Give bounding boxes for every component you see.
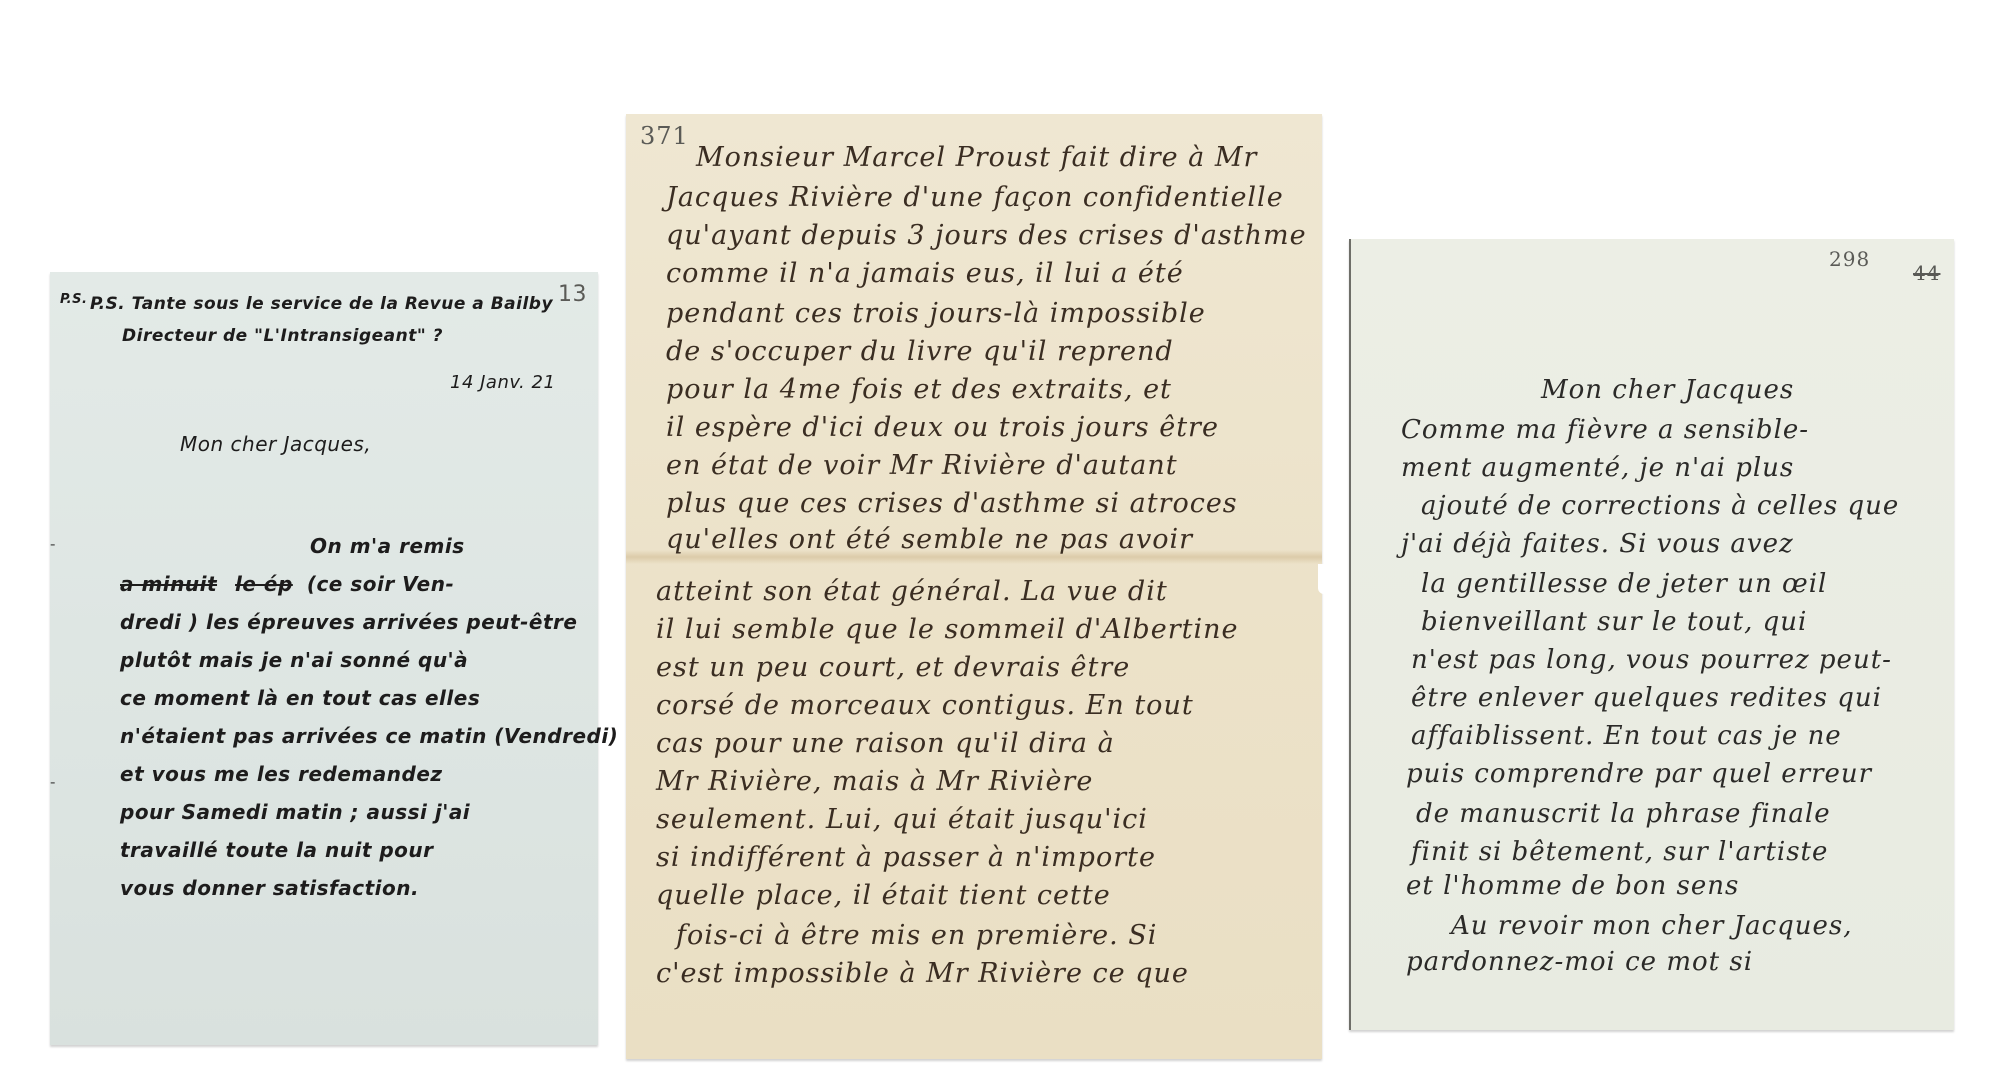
body-line: vous donner satisfaction. bbox=[120, 876, 419, 900]
body-line: bienveillant sur le tout, qui bbox=[1421, 607, 1807, 637]
body-line: qu'ayant depuis 3 jours des crises d'ast… bbox=[666, 220, 1307, 251]
body-line: comme il n'a jamais eus, il lui a été bbox=[666, 258, 1184, 289]
closing-line: pardonnez-moi ce mot si bbox=[1406, 947, 1753, 977]
body-line: dredi ) les épreuves arrivées peut-être bbox=[120, 610, 577, 634]
letter-date: 14 Janv. 21 bbox=[450, 372, 555, 393]
body-line: il espère d'ici deux ou trois jours être bbox=[666, 412, 1219, 443]
folio-number: 13 bbox=[558, 282, 587, 307]
body-line: c'est impossible à Mr Rivière ce que bbox=[656, 958, 1189, 989]
body-line: pour la 4me fois et des extraits, et bbox=[666, 374, 1172, 405]
body-line: ce moment là en tout cas elles bbox=[120, 686, 480, 710]
body-line: en état de voir Mr Rivière d'autant bbox=[666, 450, 1178, 481]
body-line: et vous me les redemandez bbox=[120, 762, 443, 786]
body-line: cas pour une raison qu'il dira à bbox=[656, 728, 1115, 759]
body-line: pour Samedi matin ; aussi j'ai bbox=[120, 800, 470, 824]
postscript-line-2: Directeur de "L'Intransigeant" ? bbox=[122, 326, 443, 346]
body-line: être enlever quelques redites qui bbox=[1411, 683, 1882, 713]
body-line: affaiblissent. En tout cas je ne bbox=[1411, 721, 1842, 751]
body-line: Monsieur Marcel Proust fait dire à Mr bbox=[696, 142, 1257, 173]
postscript-line-1: P.S. Tante sous le service de la Revue a… bbox=[90, 294, 553, 314]
body-line: n'étaient pas arrivées ce matin (Vendred… bbox=[120, 724, 618, 748]
margin-tick: - bbox=[50, 772, 55, 791]
closing-line: Au revoir mon cher Jacques, bbox=[1451, 911, 1853, 941]
body-line: seulement. Lui, qui était jusqu'ici bbox=[656, 804, 1148, 835]
body-line: On m'a remis bbox=[310, 534, 465, 558]
body-line: finit si bêtement, sur l'artiste bbox=[1411, 837, 1828, 867]
body-line: Mr Rivière, mais à Mr Rivière bbox=[656, 766, 1093, 797]
body-line: atteint son état général. La vue dit bbox=[656, 576, 1168, 607]
paper-tear bbox=[1318, 564, 1326, 594]
body-line: n'est pas long, vous pourrez peut- bbox=[1411, 645, 1892, 675]
body-line: puis comprendre par quel erreur bbox=[1406, 759, 1872, 789]
body-line: ajouté de corrections à celles que bbox=[1421, 491, 1899, 521]
body-line: de s'occuper du livre qu'il reprend bbox=[666, 336, 1174, 367]
body-line: j'ai déjà faites. Si vous avez bbox=[1401, 529, 1794, 559]
letter-page-middle: 371 Monsieur Marcel Proust fait dire à M… bbox=[626, 114, 1322, 1059]
folio-number-struck: 44 bbox=[1913, 261, 1940, 285]
body-line: Jacques Rivière d'une façon confidentiel… bbox=[666, 182, 1284, 213]
body-line: est un peu court, et devrais être bbox=[656, 652, 1130, 683]
body-line: plutôt mais je n'ai sonné qu'à bbox=[120, 648, 468, 672]
salutation: Mon cher Jacques bbox=[1541, 375, 1794, 405]
body-line: plus que ces crises d'asthme si atroces bbox=[666, 488, 1238, 519]
letter-page-right: 298 44 Mon cher Jacques Comme ma fièvre … bbox=[1349, 239, 1954, 1030]
margin-tick: - bbox=[50, 534, 55, 553]
body-line: a minuitle ép(ce soir Ven- bbox=[120, 572, 454, 596]
body-line: quelle place, il était tient cette bbox=[656, 880, 1111, 911]
body-line: de manuscrit la phrase finale bbox=[1416, 799, 1831, 829]
letter-page-left: P.S. P.S. Tante sous le service de la Re… bbox=[50, 272, 598, 1045]
postscript-mark: P.S. bbox=[60, 292, 87, 307]
body-line: il lui semble que le sommeil d'Albertine bbox=[656, 614, 1238, 645]
body-line: corsé de morceaux contigus. En tout bbox=[656, 690, 1194, 721]
body-line: pendant ces trois jours-là impossible bbox=[666, 298, 1206, 329]
body-line: Comme ma fièvre a sensible- bbox=[1401, 415, 1809, 445]
body-line: travaillé toute la nuit pour bbox=[120, 838, 434, 862]
body-line: fois-ci à être mis en première. Si bbox=[676, 920, 1157, 951]
body-line: qu'elles ont été semble ne pas avoir bbox=[666, 524, 1193, 555]
body-line: la gentillesse de jeter un œil bbox=[1421, 569, 1827, 599]
folio-number: 298 bbox=[1829, 247, 1870, 271]
body-line: ment augmenté, je n'ai plus bbox=[1401, 453, 1794, 483]
folio-number: 371 bbox=[640, 122, 689, 150]
body-line: et l'homme de bon sens bbox=[1406, 871, 1739, 901]
body-line: si indifférent à passer à n'importe bbox=[656, 842, 1156, 873]
salutation: Mon cher Jacques, bbox=[180, 432, 371, 456]
